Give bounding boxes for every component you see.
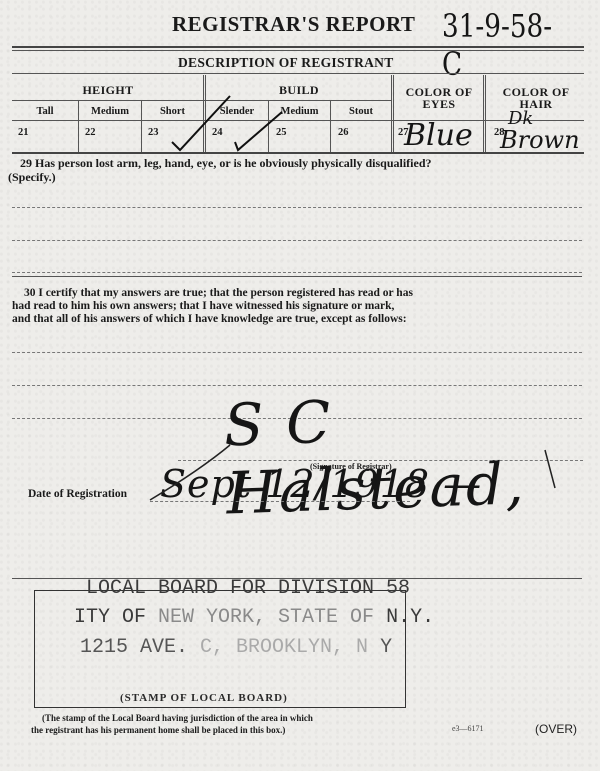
eye-color-value: Blue bbox=[404, 118, 473, 153]
stamp-text: Y bbox=[368, 636, 392, 659]
field-26: 26 bbox=[338, 127, 349, 138]
section-rule bbox=[12, 276, 582, 277]
certification-line-1: 30 I certify that my answers are true; t… bbox=[24, 287, 413, 300]
check-mark-icon bbox=[172, 96, 230, 150]
build-header: BUILD bbox=[206, 83, 392, 98]
table-bottom-rule bbox=[12, 152, 584, 154]
field-24: 24 bbox=[212, 127, 223, 138]
answer-line bbox=[12, 207, 582, 208]
certification-line-2: had read to him his own answers; that I … bbox=[12, 300, 394, 313]
stamp-text: 1215 AVE. bbox=[80, 636, 200, 659]
question-29: 29 Has person lost arm, leg, hand, eye, … bbox=[20, 157, 590, 170]
field-25: 25 bbox=[276, 127, 287, 138]
form-number: e3—6171 bbox=[452, 724, 484, 733]
group-header-rule bbox=[12, 100, 392, 101]
stamp-line-2: ITY OF NEW YORK, STATE OF N.Y. bbox=[74, 606, 434, 629]
stamp-instructions-line-2: the registrant has his permanent home sh… bbox=[31, 725, 285, 736]
title-rule-2 bbox=[12, 50, 584, 51]
registration-date: Sept 12/1918 — bbox=[160, 462, 482, 506]
date-label: Date of Registration bbox=[28, 488, 127, 501]
eyes-header: COLOR OF EYES bbox=[394, 86, 484, 110]
stamp-text: ITY OF bbox=[74, 606, 158, 629]
col-stout: Stout bbox=[331, 106, 391, 117]
stamp-label: (STAMP OF LOCAL BOARD) bbox=[120, 692, 288, 704]
stamp-text: N.Y. bbox=[374, 606, 434, 629]
stamp-text-faint: C, BROOKLYN, N bbox=[200, 636, 368, 659]
stamp-line-3: 1215 AVE. C, BROOKLYN, N Y bbox=[80, 636, 392, 659]
col-medium-build: Medium bbox=[269, 106, 330, 117]
stamp-text-faint: NEW YORK, STATE OF bbox=[158, 606, 374, 629]
page-title: REGISTRAR'S REPORT bbox=[172, 12, 415, 37]
hair-color-value-line2: Brown bbox=[500, 126, 580, 154]
answer-line bbox=[12, 272, 582, 273]
signature-line bbox=[178, 460, 583, 461]
col-medium-height: Medium bbox=[79, 106, 141, 117]
registrar-report-card: REGISTRAR'S REPORT 31-9-58-C DESCRIPTION… bbox=[0, 0, 600, 771]
serial-number: 31-9-58-C bbox=[442, 7, 572, 83]
over-label: (OVER) bbox=[535, 722, 577, 736]
certification-line-3: and that all of his answers of which I h… bbox=[12, 313, 407, 326]
title-rule bbox=[12, 46, 584, 48]
col-header-rule bbox=[12, 120, 584, 121]
stamp-instructions-line-1: (The stamp of the Local Board having jur… bbox=[42, 713, 313, 724]
col-short: Short bbox=[142, 106, 203, 117]
divider bbox=[483, 75, 486, 152]
field-23: 23 bbox=[148, 127, 159, 138]
stamp-line-1: LOCAL BOARD FOR DIVISION 58 bbox=[86, 577, 410, 600]
field-21: 21 bbox=[18, 127, 29, 138]
exception-line bbox=[12, 352, 582, 353]
answer-line bbox=[12, 240, 582, 241]
section-rule bbox=[12, 73, 584, 74]
section-title: DESCRIPTION OF REGISTRANT bbox=[178, 55, 394, 71]
check-mark-icon bbox=[235, 112, 282, 150]
height-header: HEIGHT bbox=[12, 83, 204, 98]
question-29-specify: (Specify.) bbox=[8, 171, 56, 184]
col-slender: Slender bbox=[206, 106, 268, 117]
field-22: 22 bbox=[85, 127, 96, 138]
divider bbox=[391, 75, 394, 152]
hair-header: COLOR OF HAIR bbox=[488, 86, 584, 110]
col-tall: Tall bbox=[12, 106, 78, 117]
